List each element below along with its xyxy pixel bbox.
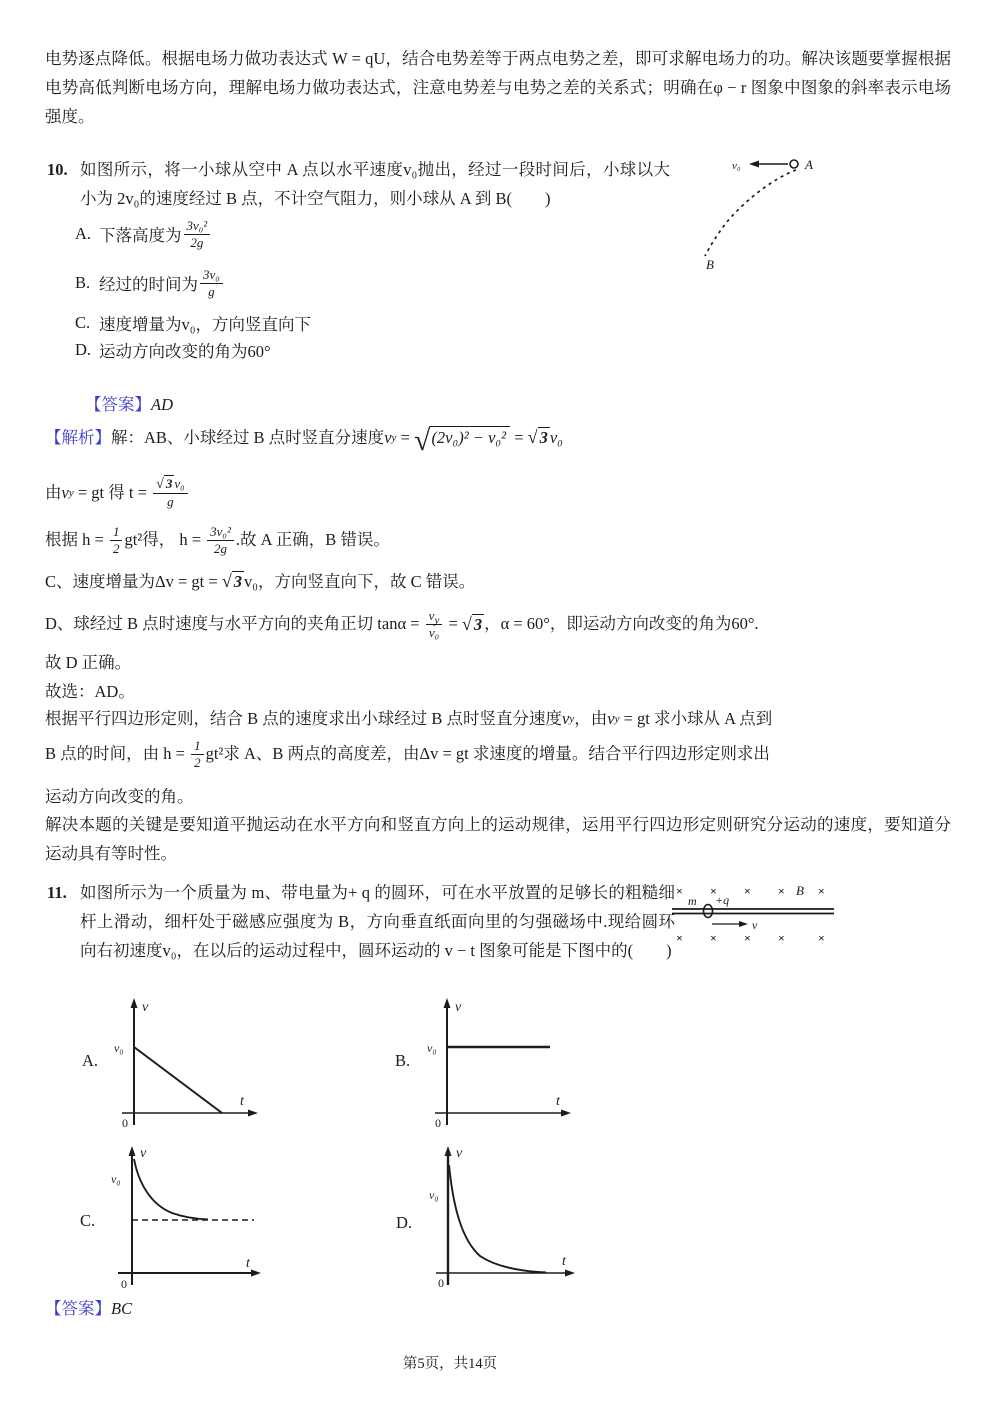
- fraction-denominator: v₀: [426, 625, 443, 641]
- graph-a-label: A.: [82, 1046, 98, 1075]
- figure-B-label: B: [706, 257, 714, 272]
- v0-tick-label: v₀: [429, 1188, 439, 1202]
- ball-at-A: [790, 160, 798, 168]
- radicand: 3: [472, 614, 484, 634]
- origin-label: 0: [122, 1116, 128, 1130]
- q10-option-b-label: B.: [75, 273, 99, 293]
- analysis-line-2: 由vy = gt 得 t = √3v₀ g: [45, 476, 190, 510]
- fraction: √3v₀ g: [153, 476, 188, 510]
- question-10-number: 10.: [47, 155, 80, 213]
- graph-d-svg: v t 0 v₀: [428, 1143, 578, 1293]
- fraction-one-half: 1 2: [191, 738, 204, 770]
- q10-option-b: B. 经过的时间为 3v₀ g: [75, 259, 225, 307]
- analysis-text: v₀，方向竖直向下，故 C 错误。: [244, 569, 475, 595]
- sqrt3: √3: [222, 568, 244, 595]
- analysis-text: ，α = 60°，即运动方向改变的角为60°.: [484, 611, 759, 637]
- figure-v-label: v: [752, 918, 758, 932]
- axis-arrowhead-icon: [129, 1146, 136, 1156]
- graph-option-c: v t 0 v₀: [106, 1143, 266, 1298]
- field-cross-icon: ×: [676, 931, 683, 945]
- page-footer: 第5页，共14页: [0, 1352, 900, 1373]
- analysis-text: B 点的时间，由 h =: [45, 741, 189, 767]
- math-equals: =: [510, 425, 528, 451]
- figure-v0-label: v₀: [732, 160, 741, 172]
- axis-arrowhead-icon: [248, 1110, 258, 1117]
- axis-arrowhead-icon: [251, 1270, 261, 1277]
- analysis-text: 根据平行四边形定则，结合 B 点的速度求出小球经过 B 点时竖直分速度: [45, 706, 562, 732]
- origin-label: 0: [121, 1277, 127, 1291]
- t-axis-label: t: [246, 1256, 251, 1271]
- origin-label: 0: [438, 1276, 444, 1290]
- field-cross-icon: ×: [744, 931, 751, 945]
- question-10-stem: 如图所示，将一小球从空中 A 点以水平速度v₀抛出，经过一段时间后，小球以大小为…: [80, 155, 670, 213]
- fraction-denominator: 2: [191, 755, 204, 771]
- q10-option-b-fraction: 3v₀ g: [200, 267, 223, 299]
- radical-sign: √: [222, 571, 232, 591]
- q10-option-a: A. 下落高度为 3v₀² 2g: [75, 210, 212, 258]
- figure-ring-on-rod-magnetic-field: × × × × × B m +q v × × × × ×: [670, 880, 838, 951]
- arrowhead-left-icon: [749, 161, 759, 168]
- analysis-text: gt²求 A、B 两点的高度差，由Δv = gt 求速度的增量。结合平行四边形定…: [206, 741, 770, 767]
- fraction-vy-v0: vy v₀: [426, 608, 443, 640]
- q11-answer-line: 【答案】 BC: [45, 1296, 132, 1322]
- q10-option-b-text: 经过的时间为: [99, 271, 198, 295]
- answer-label: 【答案】: [85, 392, 151, 418]
- fraction-numerator: √3v₀: [153, 476, 188, 494]
- fraction: 3v₀² 2g: [207, 524, 234, 556]
- analysis-text: 根据 h =: [45, 527, 108, 553]
- analysis-text: ，由: [574, 706, 607, 732]
- axis-arrowhead-icon: [565, 1270, 575, 1277]
- field-cross-icon: ×: [676, 884, 683, 898]
- v-axis-label: v: [142, 1000, 149, 1015]
- radicand: 3: [164, 475, 175, 491]
- question-11-number: 11.: [47, 878, 80, 965]
- field-cross-icon: ×: [710, 931, 717, 945]
- question-11: 11. 如图所示为一个质量为 m、带电量为+ q 的圆环，可在水平放置的足够长的…: [47, 878, 687, 965]
- analysis-text: 解：AB、小球经过 B 点时竖直分速度: [111, 425, 384, 451]
- fraction-denominator: g: [200, 284, 223, 300]
- radical-sign: √: [528, 427, 538, 447]
- figure-q-label: +q: [715, 893, 729, 907]
- q10-option-a-text: 下落高度为: [99, 222, 182, 246]
- v-axis-label: v: [456, 1146, 463, 1161]
- answer-label: 【答案】: [45, 1296, 111, 1322]
- field-cross-icon: ×: [778, 884, 785, 898]
- analysis-text: D、球经过 B 点时速度与水平方向的夹角正切 tanα =: [45, 611, 424, 637]
- field-cross-icon: ×: [778, 931, 785, 945]
- analysis-text: = gt 求小球从 A 点到: [619, 706, 772, 732]
- projectile-figure-svg: v₀ A B: [690, 148, 835, 278]
- math-v0: v₀: [174, 476, 184, 491]
- analysis-line-5: D、球经过 B 点时速度与水平方向的夹角正切 tanα = vy v₀ = √3…: [45, 608, 759, 640]
- analysis-label: 【解析】: [45, 425, 111, 451]
- fraction-numerator: 1: [191, 738, 204, 755]
- question-11-stem: 如图所示为一个质量为 m、带电量为+ q 的圆环，可在水平放置的足够长的粗糙细杆…: [80, 878, 675, 965]
- v-axis-label: v: [455, 1000, 462, 1015]
- v0-tick-label: v₀: [427, 1041, 437, 1055]
- fraction-one-half: 1 2: [110, 524, 123, 556]
- figure-projectile-trajectory: v₀ A B: [690, 148, 835, 283]
- field-cross-icon: ×: [744, 884, 751, 898]
- radical-sign: √: [462, 614, 472, 634]
- q10-option-c-text: 速度增量为v₀，方向竖直向下: [99, 311, 311, 335]
- fraction-numerator: 3v₀²: [184, 218, 211, 235]
- t-axis-label: t: [240, 1094, 245, 1109]
- math-v: v: [62, 480, 69, 506]
- analysis-text: gt²得， h =: [124, 527, 205, 553]
- radicand: 3: [538, 427, 550, 447]
- math-v: v: [607, 706, 614, 732]
- graph-d-label: D.: [396, 1208, 412, 1237]
- graph-c-svg: v t 0 v₀: [106, 1143, 266, 1293]
- linear-decrease-curve: [134, 1047, 222, 1113]
- axis-arrowhead-icon: [445, 1146, 452, 1156]
- q10-option-d-text: 运动方向改变的角为60°: [99, 338, 271, 362]
- field-cross-icon: ×: [818, 884, 825, 898]
- analysis-line-8: 根据平行四边形定则，结合 B 点的速度求出小球经过 B 点时竖直分速度vy，由v…: [45, 706, 772, 732]
- decay-to-asymptote-curve: [134, 1159, 208, 1220]
- axis-arrowhead-icon: [131, 998, 138, 1008]
- fraction-numerator: 3v₀: [200, 267, 223, 284]
- fraction-numerator: 3v₀²: [207, 524, 234, 541]
- math-v: v: [384, 425, 391, 451]
- figure-A-label: A: [804, 157, 813, 172]
- math-v0: v₀: [550, 425, 563, 451]
- charged-ring: [704, 905, 713, 918]
- question-10: 10. 如图所示，将一小球从空中 A 点以水平速度v₀抛出，经过一段时间后，小球…: [47, 155, 672, 213]
- arrowhead-right-icon: [739, 921, 748, 927]
- fraction-numerator: 1: [110, 524, 123, 541]
- field-cross-icon: ×: [818, 931, 825, 945]
- magnetic-field-figure-svg: × × × × × B m +q v × × × × ×: [670, 880, 838, 946]
- document-page: 电势逐点降低。根据电场力做功表达式 W = qU，结合电势差等于两点电势之差，即…: [0, 0, 992, 1403]
- graph-b-svg: v t 0 v₀: [425, 995, 575, 1130]
- big-radical: √(2v₀)² − v₀²: [414, 425, 510, 451]
- fraction-denominator: g: [153, 494, 188, 510]
- v0-tick-label: v₀: [114, 1041, 124, 1055]
- analysis-line-4: C、速度增量为Δv = gt = √3v₀，方向竖直向下，故 C 错误。: [45, 568, 475, 595]
- q10-option-d: D. 运动方向改变的角为60°: [75, 337, 271, 363]
- graph-c-label: C.: [80, 1206, 95, 1235]
- radicand: (2v₀)² − v₀²: [430, 426, 510, 447]
- fraction-denominator: 2g: [207, 541, 234, 557]
- fraction-denominator: 2g: [184, 235, 211, 251]
- analysis-line-3: 根据 h = 1 2 gt²得， h = 3v₀² 2g .故 A 正确，B 错…: [45, 524, 390, 556]
- sqrt3: √3: [528, 424, 550, 451]
- analysis-text: 由: [45, 480, 62, 506]
- q10-answer-value: AD: [151, 392, 173, 418]
- q10-option-c: C. 速度增量为v₀，方向竖直向下: [75, 310, 311, 336]
- radicand: 3: [232, 571, 244, 591]
- analysis-line-9: B 点的时间，由 h = 1 2 gt²求 A、B 两点的高度差，由Δv = g…: [45, 738, 770, 770]
- analysis-line-6: 故 D 正确。: [45, 648, 131, 677]
- q10-option-a-label: A.: [75, 224, 99, 244]
- trajectory-dashed-curve: [705, 170, 796, 256]
- radical-sign: √: [414, 424, 430, 457]
- fraction-denominator: 2: [110, 541, 123, 557]
- analysis-line-7: 故选：AD。: [45, 677, 135, 706]
- figure-m-label: m: [688, 894, 697, 908]
- graph-b-label: B.: [395, 1046, 410, 1075]
- analysis-text: = gt 得 t =: [74, 480, 151, 506]
- math-equals: =: [396, 425, 414, 451]
- figure-B-label: B: [796, 883, 804, 898]
- analysis-line-10: 运动方向改变的角。: [45, 782, 194, 811]
- sqrt3: √3: [462, 611, 484, 638]
- fraction-numerator: vy: [426, 608, 443, 625]
- graph-option-b: v t 0 v₀: [425, 995, 575, 1135]
- math-equals: =: [444, 611, 462, 637]
- analysis-line-1: 【解析】 解：AB、小球经过 B 点时竖直分速度vy = √(2v₀)² − v…: [45, 424, 563, 451]
- origin-label: 0: [435, 1116, 441, 1130]
- q10-option-a-fraction: 3v₀² 2g: [184, 218, 211, 250]
- decay-to-zero-curve: [449, 1165, 546, 1273]
- v0-tick-label: v₀: [111, 1172, 121, 1186]
- graph-option-d: v t 0 v₀: [428, 1143, 578, 1298]
- analysis-text: .故 A 正确，B 错误。: [236, 527, 390, 553]
- q10-answer-line: 【答案】 AD: [85, 392, 173, 418]
- q11-answer-value: BC: [111, 1296, 132, 1322]
- axis-arrowhead-icon: [561, 1110, 571, 1117]
- intro-paragraph: 电势逐点降低。根据电场力做功表达式 W = qU，结合电势差等于两点电势之差，即…: [45, 44, 951, 131]
- graph-option-a: v t 0 v₀: [112, 995, 262, 1135]
- graph-a-svg: v t 0 v₀: [112, 995, 262, 1130]
- q10-option-c-label: C.: [75, 313, 99, 333]
- analysis-line-11: 解决本题的关键是要知道平抛运动在水平方向和竖直方向上的运动规律，运用平行四边形定…: [45, 810, 951, 868]
- q10-option-d-label: D.: [75, 340, 99, 360]
- t-axis-label: t: [562, 1254, 567, 1269]
- analysis-text: C、速度增量为Δv = gt =: [45, 569, 222, 595]
- v-axis-label: v: [140, 1146, 147, 1161]
- t-axis-label: t: [556, 1094, 561, 1109]
- axis-arrowhead-icon: [444, 998, 451, 1008]
